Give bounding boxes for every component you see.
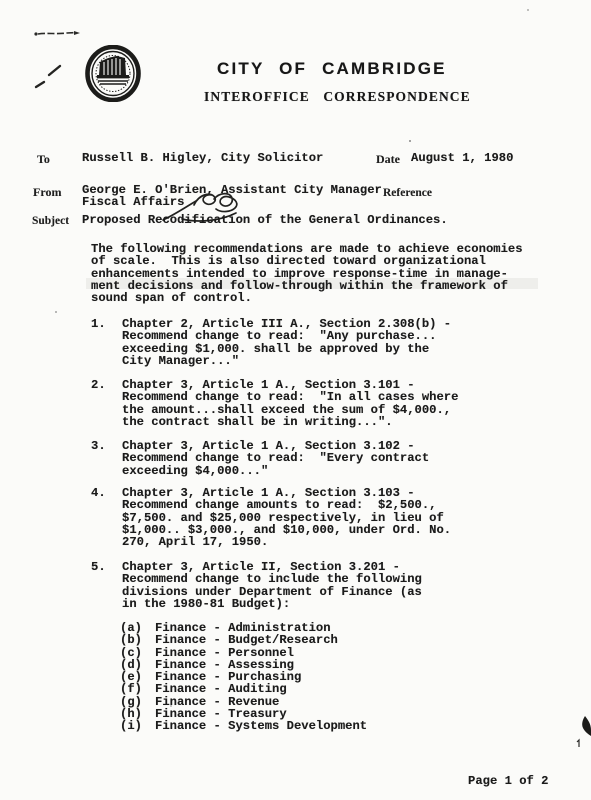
item-text: Chapter 2, Article III A., Section 2.308… <box>122 318 451 367</box>
from-label: From <box>33 186 61 198</box>
item-text: Chapter 3, Article 1 A., Section 3.101 -… <box>122 379 458 428</box>
item-number: 4. <box>91 487 122 499</box>
item-number: 5. <box>91 561 122 573</box>
city-seal-icon <box>85 45 141 102</box>
list-item-5: 5. Chapter 3, Article II, Section 3.201 … <box>91 561 422 610</box>
subitem-label: (b) <box>120 634 155 646</box>
subitem-name: Finance - Auditing <box>155 683 287 695</box>
item-text: Chapter 3, Article 1 A., Section 3.103 -… <box>122 487 451 548</box>
finance-divisions-list: (a) Finance - Administration (b) Finance… <box>120 622 367 733</box>
scan-speck <box>170 705 172 707</box>
item-number: 2. <box>91 379 122 391</box>
item-number: 3. <box>91 440 122 452</box>
subject-label: Subject <box>32 215 69 227</box>
subitem-name: Finance - Systems Development <box>155 720 367 732</box>
item-text: Chapter 3, Article 1 A., Section 3.102 -… <box>122 440 429 477</box>
list-item-4: 4. Chapter 3, Article 1 A., Section 3.10… <box>91 487 451 548</box>
scanned-memo-page: CITY OF CAMBRIDGE INTEROFFICE CORRESPOND… <box>0 0 591 800</box>
subitem-label: (i) <box>120 720 155 732</box>
page-number: Page 1 of 2 <box>468 775 548 787</box>
list-item: (f) Finance - Auditing <box>120 683 367 695</box>
scan-speck <box>527 9 529 11</box>
pen-mark-horizontal <box>33 27 83 41</box>
scan-speck <box>306 574 308 576</box>
list-item: (b) Finance - Budget/Research <box>120 634 367 646</box>
scan-speck <box>409 140 411 142</box>
list-item-1: 1. Chapter 2, Article III A., Section 2.… <box>91 318 451 367</box>
page-title: CITY OF CAMBRIDGE <box>217 59 447 79</box>
page-subtitle: INTEROFFICE CORRESPONDENCE <box>204 89 471 105</box>
item-text: Chapter 3, Article II, Section 3.201 - R… <box>122 561 422 610</box>
subitem-name: Finance - Budget/Research <box>155 634 338 646</box>
to-label: To <box>37 153 50 165</box>
intro-paragraph: The following recommendations are made t… <box>91 243 523 304</box>
list-item-3: 3. Chapter 3, Article 1 A., Section 3.10… <box>91 440 429 477</box>
to-value: Russell B. Higley, City Solicitor <box>82 152 323 164</box>
list-item: (i) Finance - Systems Development <box>120 720 367 732</box>
pen-mark-diagonal-ticks <box>32 63 64 91</box>
date-value: August 1, 1980 <box>411 152 513 164</box>
reference-label: Reference <box>383 187 432 199</box>
item-number: 1. <box>91 318 122 330</box>
subject-value: Proposed Recodification of the General O… <box>82 214 448 226</box>
list-item-2: 2. Chapter 3, Article 1 A., Section 3.10… <box>91 379 458 428</box>
ink-blot <box>572 716 591 750</box>
date-label: Date <box>376 153 400 165</box>
scan-speck <box>55 311 57 313</box>
subitem-label: (f) <box>120 683 155 695</box>
